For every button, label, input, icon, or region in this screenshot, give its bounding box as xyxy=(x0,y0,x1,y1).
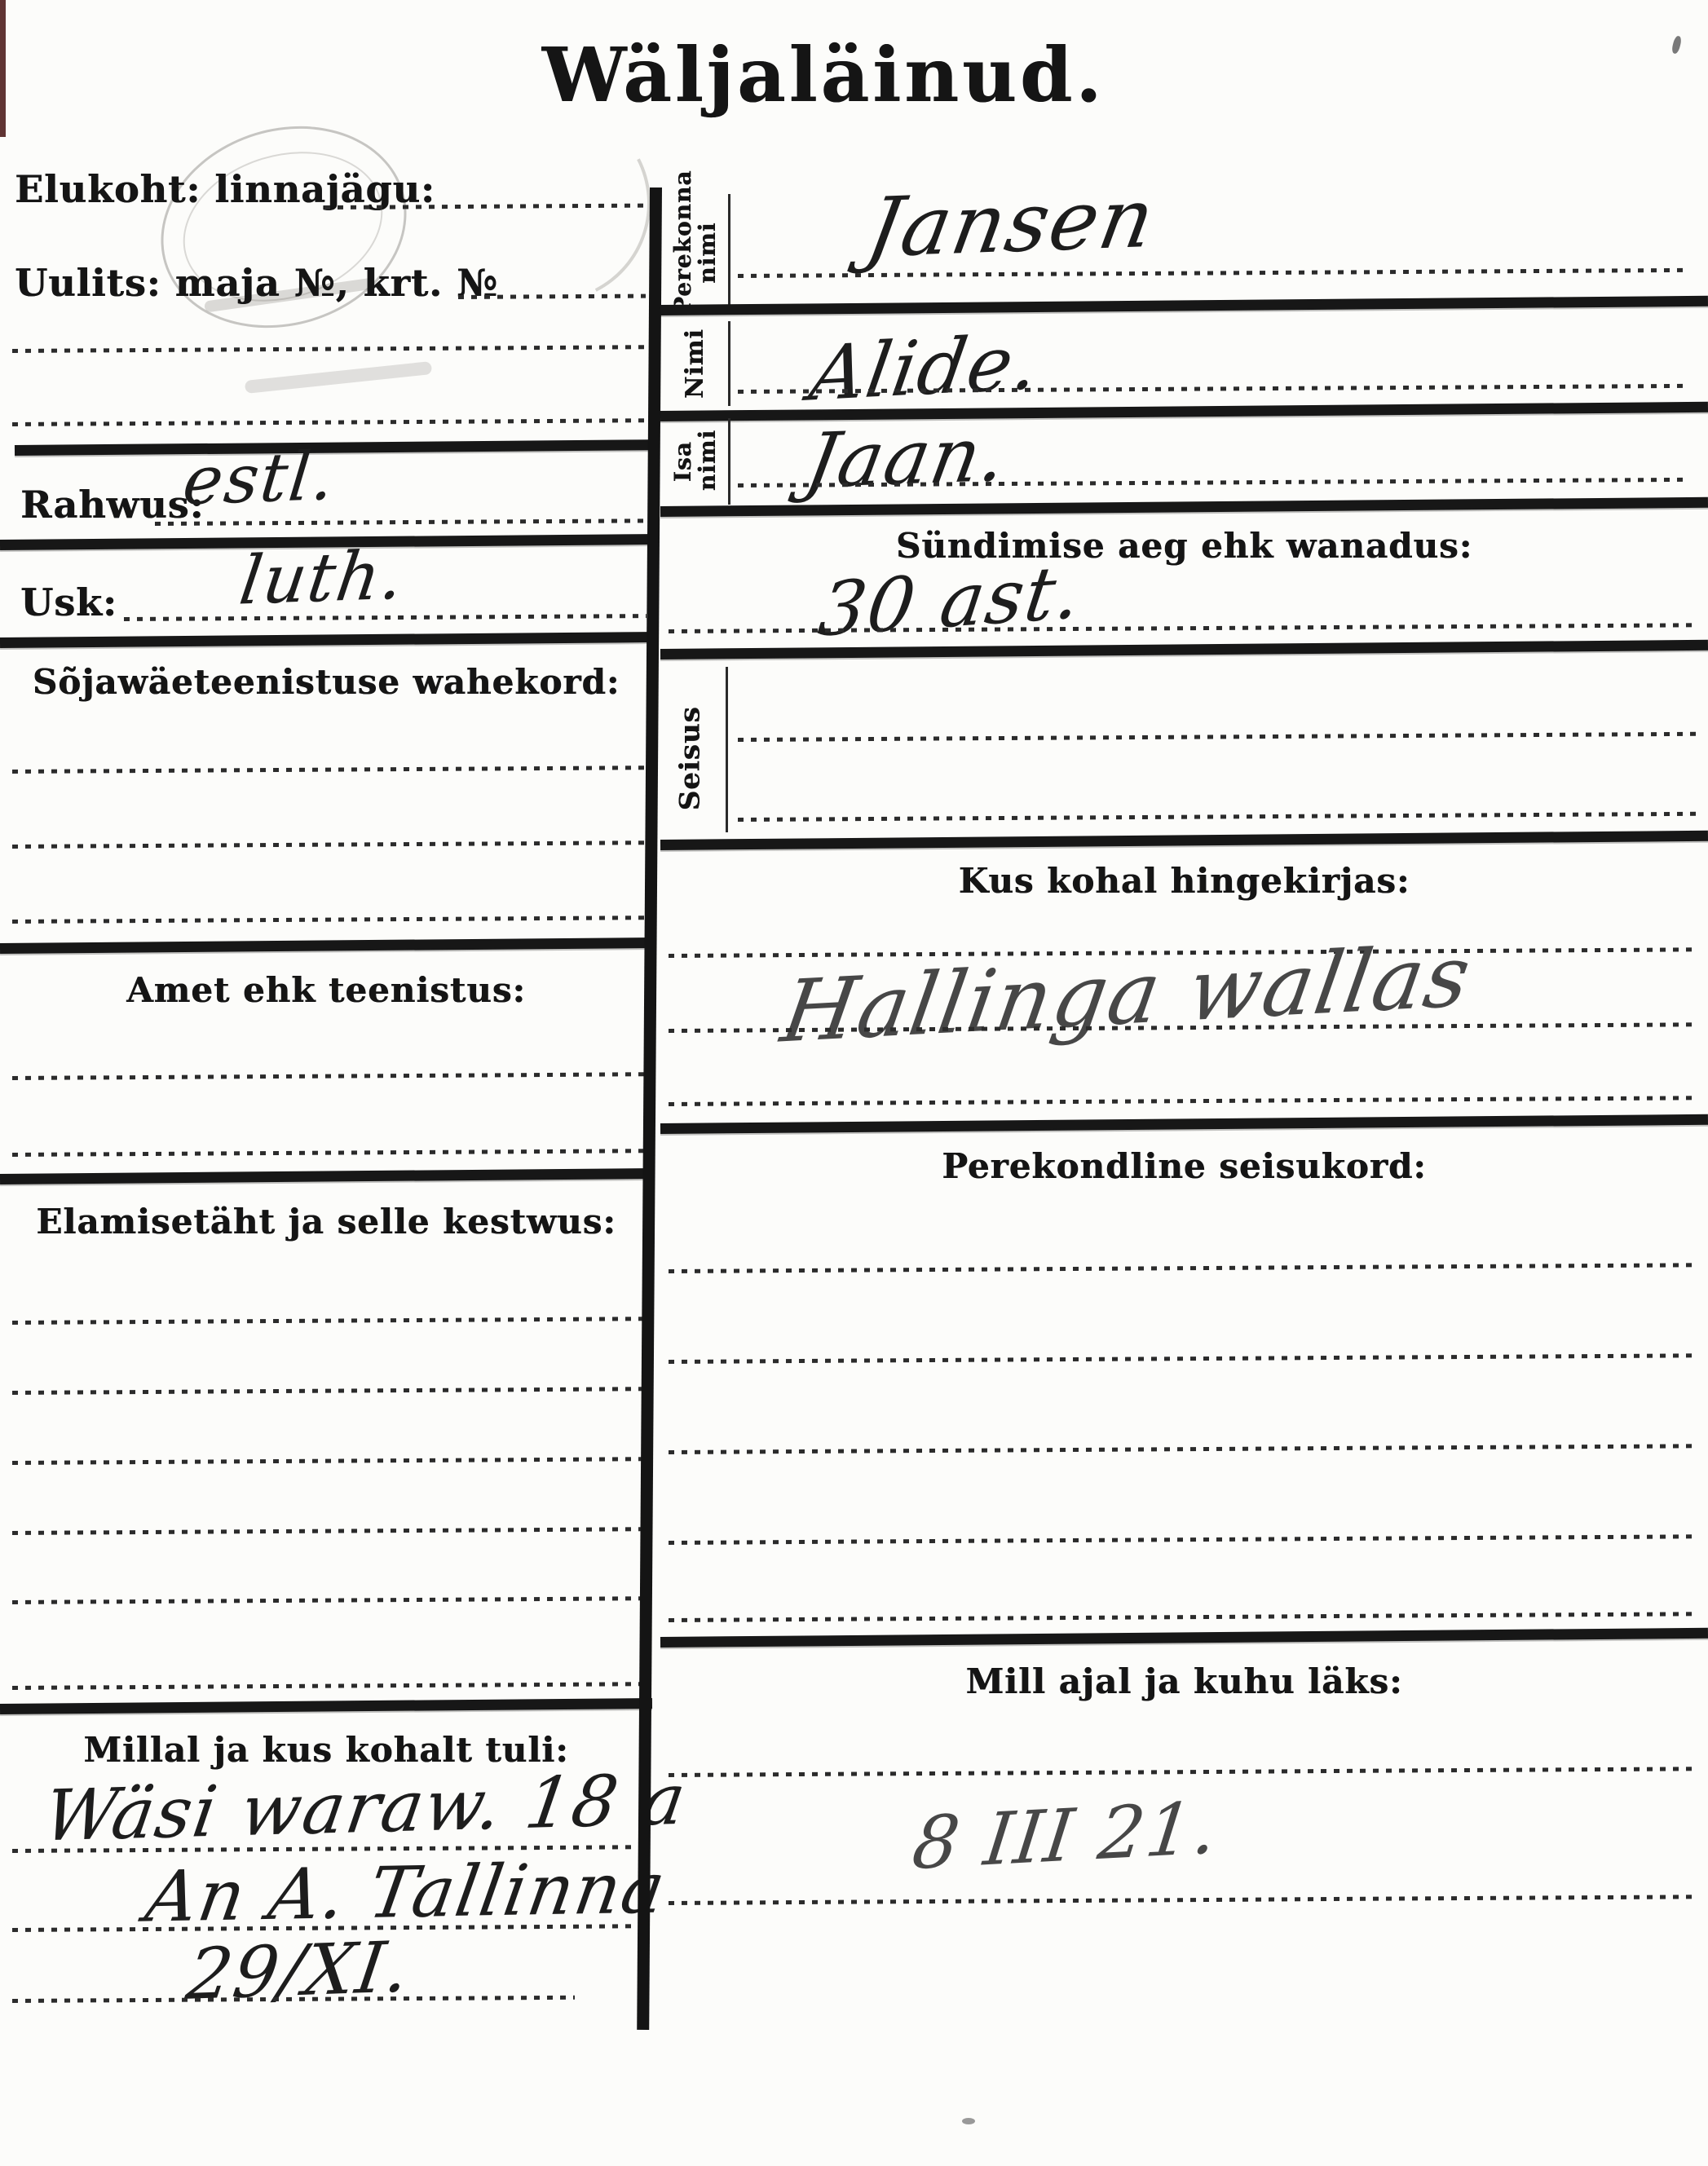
religion-field-line xyxy=(124,614,647,621)
street-label: Uulits: maja №, krt. № xyxy=(15,261,498,305)
blank-line xyxy=(12,1596,647,1604)
religion-label: Usk: xyxy=(20,580,117,624)
parish-value: Hallinga wallas xyxy=(775,925,1478,1061)
section-rule xyxy=(0,1698,652,1714)
status-field-line xyxy=(738,732,1698,742)
residence-permit-header: Elamisetäht ja selle kestwus: xyxy=(0,1202,652,1242)
nationality-label: Rahwus: xyxy=(20,483,204,527)
scan-artifact xyxy=(962,2118,975,2124)
row-rule xyxy=(660,1628,1708,1648)
firstname-value: Alide. xyxy=(805,318,1047,418)
blank-line xyxy=(12,1072,647,1080)
blank-line xyxy=(12,418,647,426)
label-separator-line xyxy=(728,321,730,406)
scan-artifact xyxy=(1670,35,1682,55)
section-rule xyxy=(0,632,648,648)
section-rule xyxy=(0,937,652,954)
scanned-form-page: Wäljaläinud. Elukoht: linnajägu: Uulits:… xyxy=(0,0,1708,2166)
religion-value: luth. xyxy=(235,536,409,620)
surname-label: Perekonna nimi xyxy=(659,194,732,312)
departure-field-line xyxy=(669,1895,1698,1905)
label-separator-line xyxy=(728,418,730,505)
blank-line xyxy=(12,1317,647,1325)
blank-line xyxy=(12,345,647,353)
arrival-value-line1: Wäsi waraw. 18 a xyxy=(39,1758,692,1857)
blank-line xyxy=(12,840,647,849)
label-separator-line xyxy=(726,667,728,832)
occupation-header: Amet ehk teenistus: xyxy=(0,970,652,1010)
form-title: Wäljaläinud. xyxy=(489,31,1158,119)
blank-line xyxy=(12,765,647,774)
blank-line xyxy=(669,1444,1698,1454)
blank-line xyxy=(669,1612,1698,1622)
section-rule xyxy=(0,1168,652,1184)
departure-value: 8 III 21. xyxy=(908,1785,1223,1886)
status-field-line xyxy=(738,812,1698,822)
nationality-field-line xyxy=(155,518,647,526)
birth-header: Sündimise aeg ehk wanadus: xyxy=(660,526,1708,566)
military-service-header: Sõjawäeteenistuse wahekord: xyxy=(0,662,652,702)
birth-value: 30 ast. xyxy=(814,549,1088,654)
stamp-smudge xyxy=(245,361,432,394)
row-rule xyxy=(660,1114,1708,1134)
blank-line xyxy=(12,1149,647,1157)
parish-field-line xyxy=(669,1096,1698,1106)
departure-field-line xyxy=(669,1767,1698,1777)
arrival-value-line3: 29/XI. xyxy=(182,1926,416,2016)
nationality-value: estl. xyxy=(179,438,339,521)
blank-line xyxy=(12,1457,647,1465)
blank-line xyxy=(12,1387,647,1395)
scan-artifact xyxy=(0,0,6,137)
parish-header: Kus kohal hingekirjas: xyxy=(660,861,1708,901)
blank-line xyxy=(12,915,647,924)
blank-line xyxy=(669,1534,1698,1545)
blank-line xyxy=(669,1353,1698,1364)
row-rule xyxy=(660,831,1708,850)
label-separator-line xyxy=(728,194,730,310)
blank-line xyxy=(12,1682,647,1690)
family-status-header: Perekondline seisukord: xyxy=(660,1146,1708,1186)
surname-value: Jansen xyxy=(860,170,1163,276)
departure-header: Mill ajal ja kuhu läks: xyxy=(660,1661,1708,1701)
firstname-label: Nimi xyxy=(659,323,732,404)
row-rule xyxy=(660,296,1708,315)
father-name-value: Jaan. xyxy=(800,410,1015,505)
father-name-label: Isa nimi xyxy=(659,420,732,503)
status-label: Seisus xyxy=(652,681,730,836)
blank-line xyxy=(12,1527,647,1535)
street-field-line xyxy=(458,294,646,299)
blank-line xyxy=(669,1263,1698,1273)
